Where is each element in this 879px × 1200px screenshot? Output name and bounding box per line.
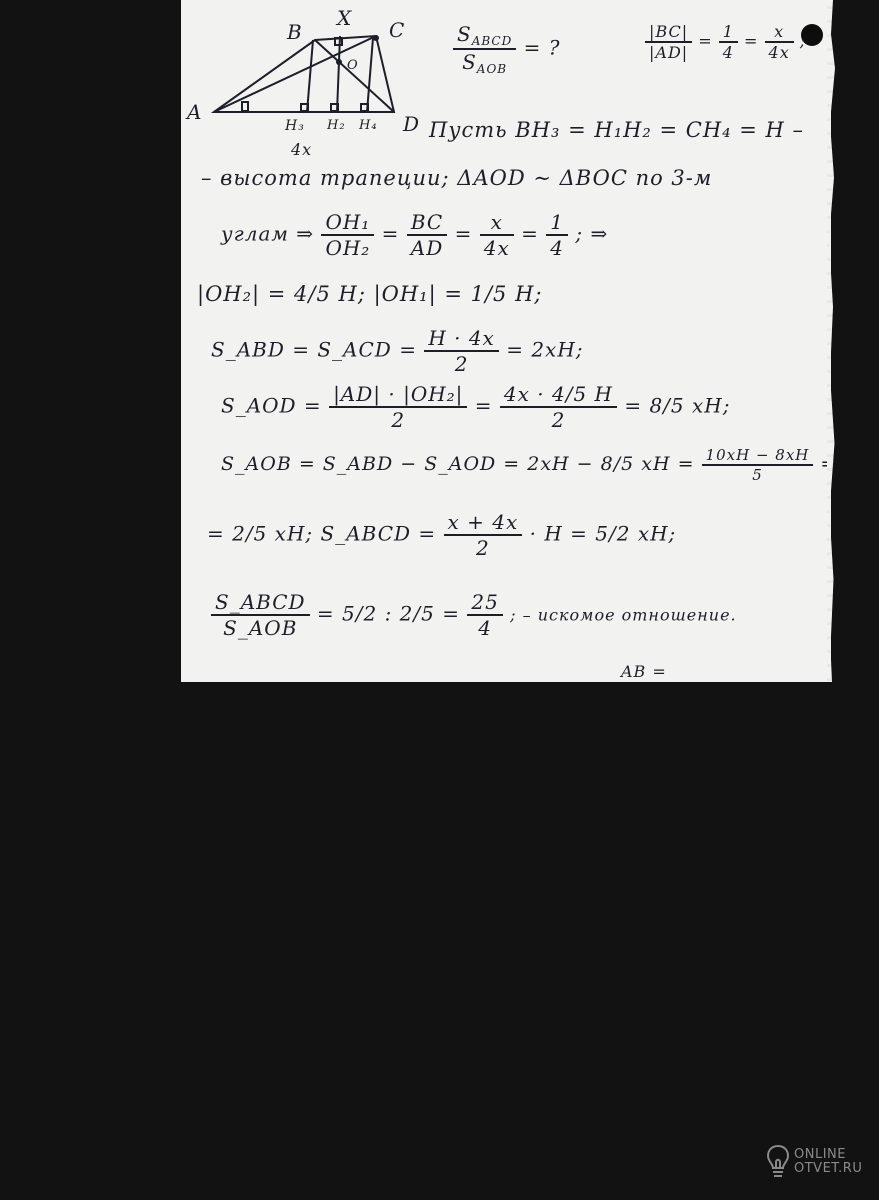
paper-sheet: B X C A O D H₃ H₂ H₄ 4x SABCD SAOB = ? |… [181, 0, 831, 682]
label-c: C [389, 18, 405, 42]
label-o: O [347, 58, 359, 73]
line-2: – высота трапеции; ΔAOD ∼ ΔBOC по 3-м [201, 166, 712, 190]
label-x: X [337, 6, 352, 30]
line-5: S_ABD = S_ACD = H · 4x2 = 2xH; [211, 326, 584, 376]
line-3: углам ⇒ OH₁OH₂ = BCAD = x4x = 14 ; ⇒ [221, 210, 608, 260]
label-h2: H₂ [327, 118, 346, 133]
given-ratio: |BC||AD| = 14 = x4x ; [645, 22, 806, 62]
line-1: Пусть BH₃ = H₁H₂ = CH₄ = H – [429, 118, 804, 142]
label-b: B [287, 20, 303, 44]
line-9-answer: S_ABCDS_AOB = 5/2 : 2/5 = 254 ; – искомо… [211, 590, 737, 640]
line-10-fragment: AB = [621, 662, 667, 681]
label-a: A [187, 100, 202, 124]
label-ad-length: 4x [291, 140, 312, 159]
lightbulb-icon [766, 1144, 790, 1180]
watermark-line-1: ONLINE [794, 1148, 862, 1162]
watermark-line-2: OTVET.RU [794, 1162, 862, 1176]
line-6: S_AOD = |AD| · |OH₂|2 = 4x · 4/5 H2 = 8/… [221, 382, 730, 432]
watermark: ONLINE OTVET.RU [766, 1144, 862, 1180]
line-8: = 2/5 xH; S_ABCD = x + 4x2 · H = 5/2 xH; [207, 510, 676, 560]
goal-expression: SABCD SAOB = ? [453, 22, 560, 76]
line-4: |OH₂| = 4/5 H; |OH₁| = 1/5 H; [197, 282, 543, 306]
label-h3: H₃ [285, 118, 305, 134]
line-7: S_AOB = S_ABD − S_AOD = 2xH − 8/5 xH = 1… [221, 446, 837, 484]
label-h4: H₄ [359, 118, 378, 133]
label-d: D [403, 112, 420, 136]
